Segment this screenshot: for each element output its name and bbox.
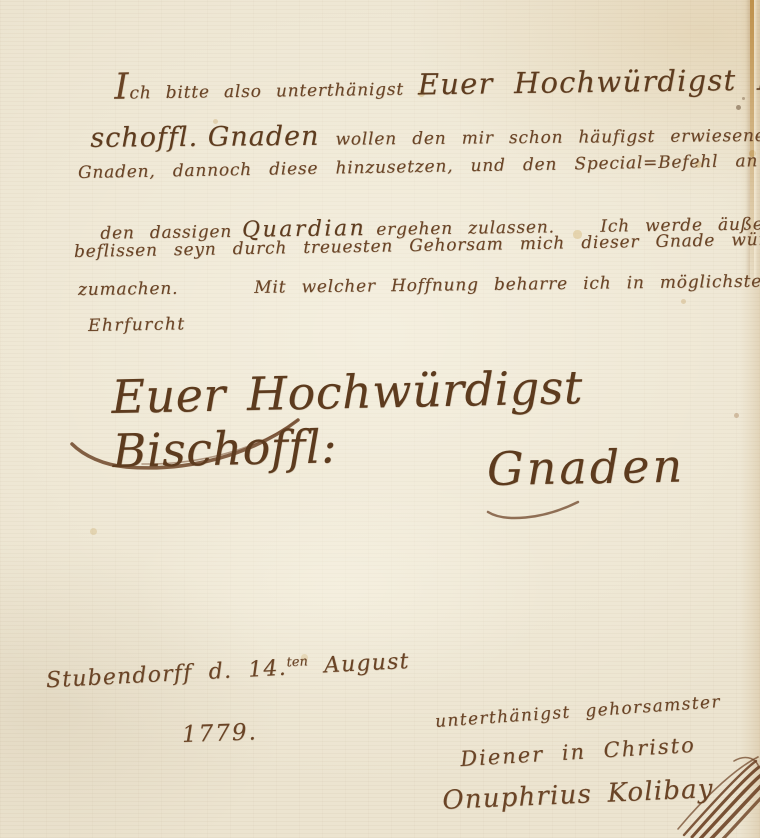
body-line-1-honorific: Euer Hochwürdigst Bi: bbox=[418, 62, 760, 101]
paper-texture bbox=[0, 0, 3, 3]
dateline-ordinal: ten bbox=[286, 654, 308, 670]
dateline-month: August bbox=[323, 649, 410, 678]
body-line-6: zumachen. Mit welcher Hoffnung beharre i… bbox=[78, 272, 760, 300]
signature-flourish bbox=[672, 755, 760, 838]
dateline-place-day: Stubendorff d. 14. bbox=[45, 656, 287, 694]
manuscript-page: Ich bitte also unterthänigstEuer Hochwür… bbox=[0, 0, 760, 838]
body-line-2-text: wollen den mir schon häufigst erwiesenen bbox=[335, 126, 760, 150]
salutation-underline-flourish bbox=[482, 498, 592, 524]
body-line-7: Ehrfurcht bbox=[88, 314, 186, 336]
salutation-line-2: Gnaden bbox=[487, 439, 686, 496]
closing-line-1: unterthänigst gehorsamster bbox=[418, 691, 739, 733]
dateline-year: 1779. bbox=[182, 719, 259, 748]
body-line-2-honorific: schoffl. Gnaden bbox=[90, 121, 319, 154]
dateline: Stubendorff d. 14.tenAugust bbox=[45, 649, 410, 693]
